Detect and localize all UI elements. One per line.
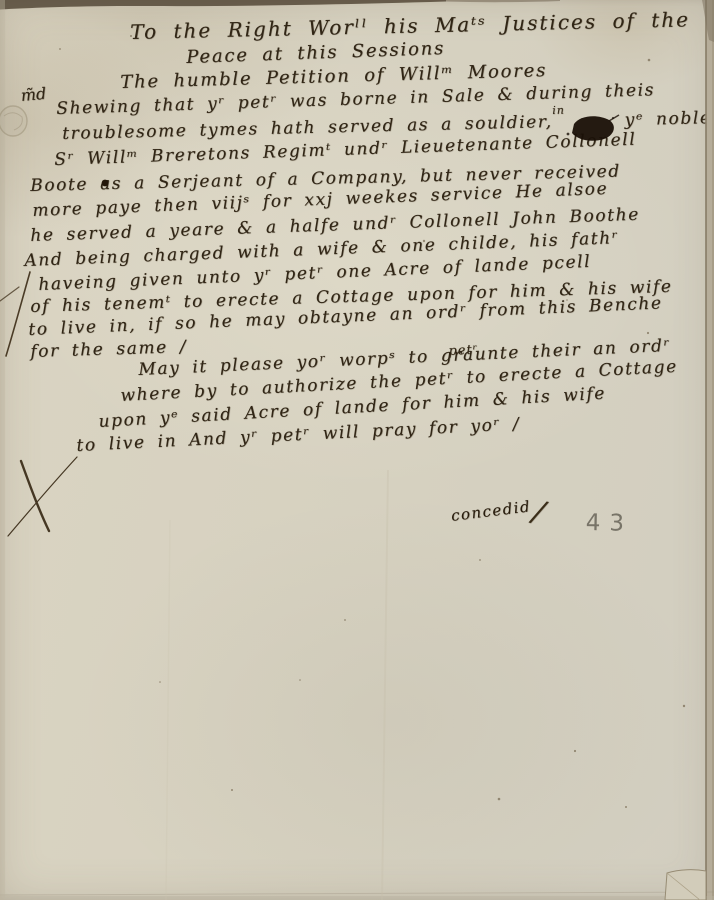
margin-abbreviation-mark: m̃d	[20, 84, 47, 105]
folio-number: 43	[586, 510, 634, 537]
manuscript-scan: To the Right Worˡˡ his Maᵗˢ Justices of …	[0, 0, 714, 900]
interline-insertion: in	[552, 104, 565, 117]
